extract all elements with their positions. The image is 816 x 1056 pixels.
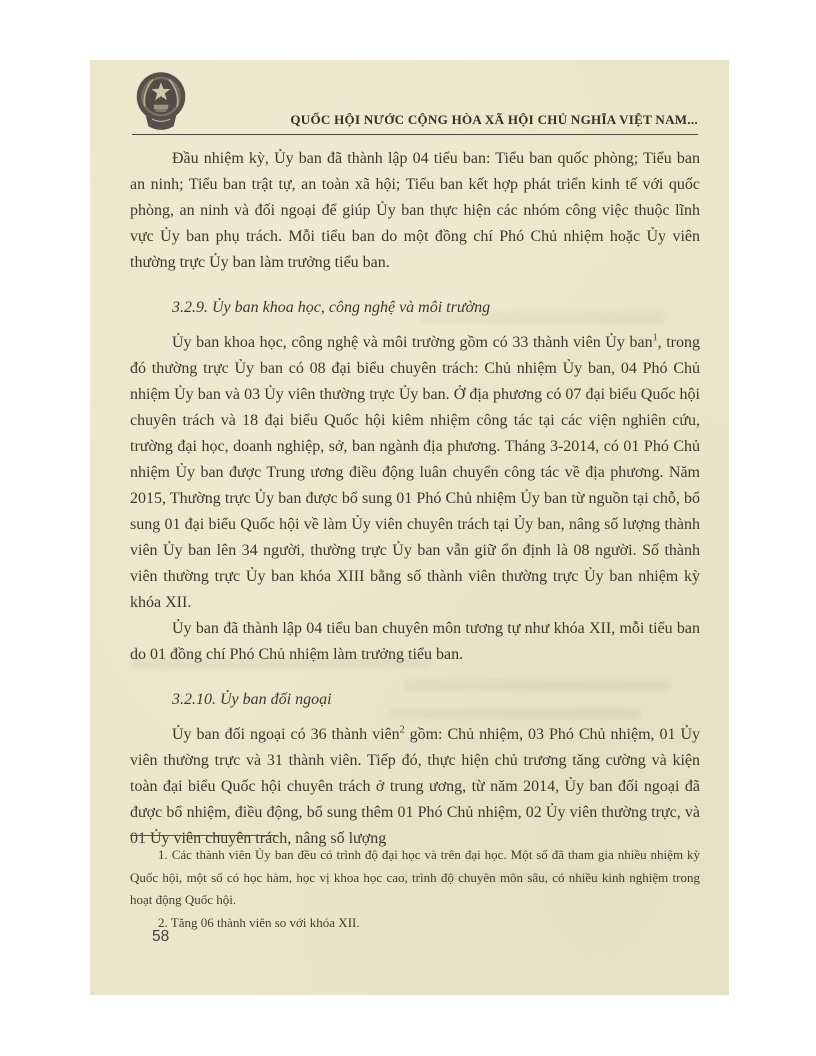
running-head-title: QUỐC HỘI NƯỚC CỘNG HÒA XÃ HỘI CHỦ NGHĨA … (290, 112, 698, 128)
paragraph-text: Ủy ban khoa học, công nghệ và môi trường… (172, 334, 653, 351)
book-page: QUỐC HỘI NƯỚC CỘNG HÒA XÃ HỘI CHỦ NGHĨA … (90, 60, 729, 995)
section-329-paragraph-2: Ủy ban đã thành lập 04 tiểu ban chuyên m… (130, 616, 700, 668)
paragraph-text: Ủy ban đối ngoại có 36 thành viên (172, 726, 400, 743)
section-3210-paragraph-1: Ủy ban đối ngoại có 36 thành viên2 gồm: … (130, 722, 700, 852)
intro-paragraph: Đầu nhiệm kỳ, Ủy ban đã thành lập 04 tiể… (130, 146, 700, 276)
paragraph-text: , trong đó thường trực Ủy ban có 08 đại … (130, 334, 700, 611)
vietnam-national-emblem-icon (134, 68, 188, 136)
page-header: QUỐC HỘI NƯỚC CỘNG HÒA XÃ HỘI CHỦ NGHĨA … (90, 60, 729, 140)
footnote-2: 2. Tăng 06 thành viên so với khóa XII. (130, 912, 700, 935)
section-329-heading: 3.2.9. Ủy ban khoa học, công nghệ và môi… (130, 295, 700, 321)
paragraph-text: gồm: Chủ nhiệm, 03 Phó Chủ nhiệm, 01 Ủy … (130, 726, 700, 847)
body-content: Đầu nhiệm kỳ, Ủy ban đã thành lập 04 tiể… (130, 146, 700, 852)
page-number: 58 (152, 928, 169, 946)
footnote-separator (130, 835, 278, 836)
scan-background: QUỐC HỘI NƯỚC CỘNG HÒA XÃ HỘI CHỦ NGHĨA … (0, 0, 816, 1056)
section-329-paragraph-1: Ủy ban khoa học, công nghệ và môi trường… (130, 330, 700, 616)
section-3210-heading: 3.2.10. Ủy ban đối ngoại (130, 687, 700, 713)
footnote-1: 1. Các thành viên Ủy ban đều có trình độ… (130, 844, 700, 912)
footnote-area: 1. Các thành viên Ủy ban đều có trình độ… (130, 835, 700, 934)
header-rule (132, 134, 698, 135)
